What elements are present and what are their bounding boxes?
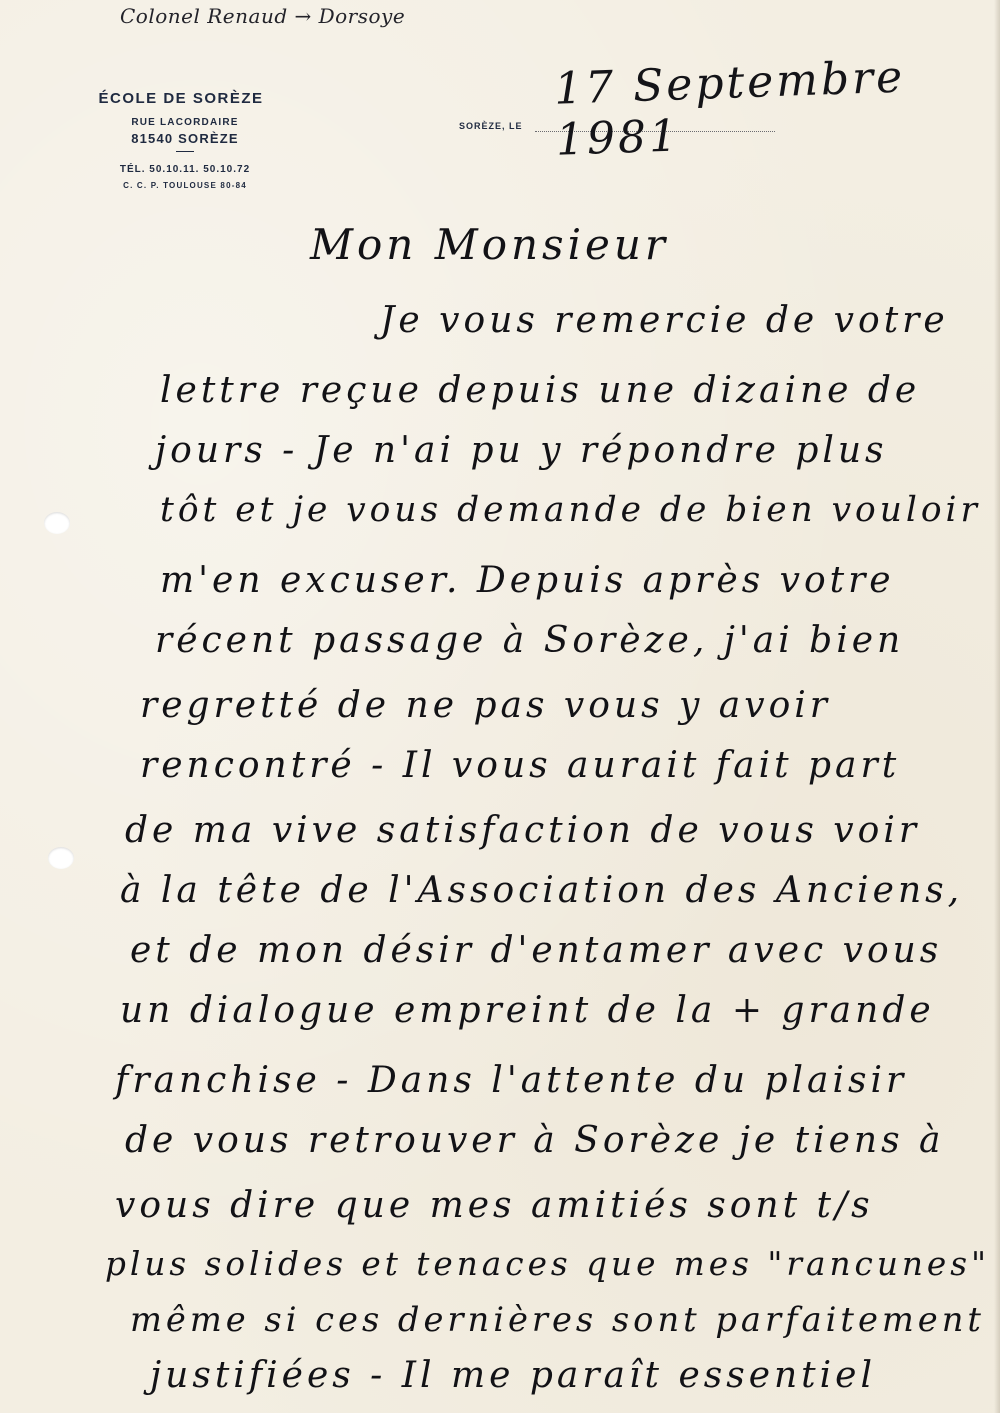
letter-line: même si ces dernières sont parfaitement: [130, 1300, 985, 1339]
letterhead-telephone: TÉL. 50.10.11. 50.10.72: [60, 164, 310, 175]
punch-hole: [44, 512, 70, 534]
letter-line: rencontré - Il vous aurait fait part: [140, 745, 900, 786]
letter-line: jours - Je n'ai pu y répondre plus: [155, 430, 888, 471]
dateline-place: SORÈZE, LE: [459, 121, 523, 131]
handwritten-date: 17 Septembre 1981: [553, 48, 1000, 165]
letter-line: regretté de ne pas vous y avoir: [140, 685, 831, 726]
letter-line: à la tête de l'Association des Anciens,: [120, 870, 963, 911]
letter-line: plus solides et tenaces que mes "rancune…: [105, 1245, 990, 1283]
letterhead-city: 81540 SORÈZE: [60, 131, 310, 146]
letter-line: Je vous remercie de votre: [380, 300, 949, 341]
letterhead-street: RUE LACORDAIRE: [60, 117, 310, 128]
letter-line: un dialogue empreint de la + grande: [120, 990, 935, 1031]
letterhead: ÉCOLE DE SORÈZE RUE LACORDAIRE 81540 SOR…: [60, 90, 310, 190]
letterhead-divider: [176, 151, 194, 152]
letterhead-name: ÉCOLE DE SORÈZE: [52, 90, 310, 107]
letter-line: récent passage à Sorèze, j'ai bien: [155, 620, 904, 661]
handwritten-annotation: Colonel Renaud → Dorsoye: [120, 4, 405, 28]
letterhead-ccp: C. C. P. TOULOUSE 80-84: [60, 181, 310, 190]
letter-line: de ma vive satisfaction de vous voir: [125, 810, 920, 851]
punch-hole: [48, 847, 74, 869]
letter-line: de vous retrouver à Sorèze je tiens à: [125, 1120, 944, 1161]
letter-line: et de mon désir d'entamer avec vous: [130, 930, 942, 971]
letter-line: justifiées - Il me paraît essentiel: [150, 1355, 876, 1396]
paper-edge: [994, 0, 1000, 1413]
letter-line: franchise - Dans l'attente du plaisir: [115, 1060, 907, 1101]
salutation: Mon Monsieur: [310, 220, 669, 269]
letter-line: lettre reçue depuis une dizaine de: [160, 370, 920, 411]
letter-line: m'en excuser. Depuis après votre: [160, 560, 895, 601]
letter-line: tôt et je vous demande de bien vouloir: [160, 490, 981, 530]
letter-line: vous dire que mes amitiés sont t/s: [115, 1185, 874, 1226]
